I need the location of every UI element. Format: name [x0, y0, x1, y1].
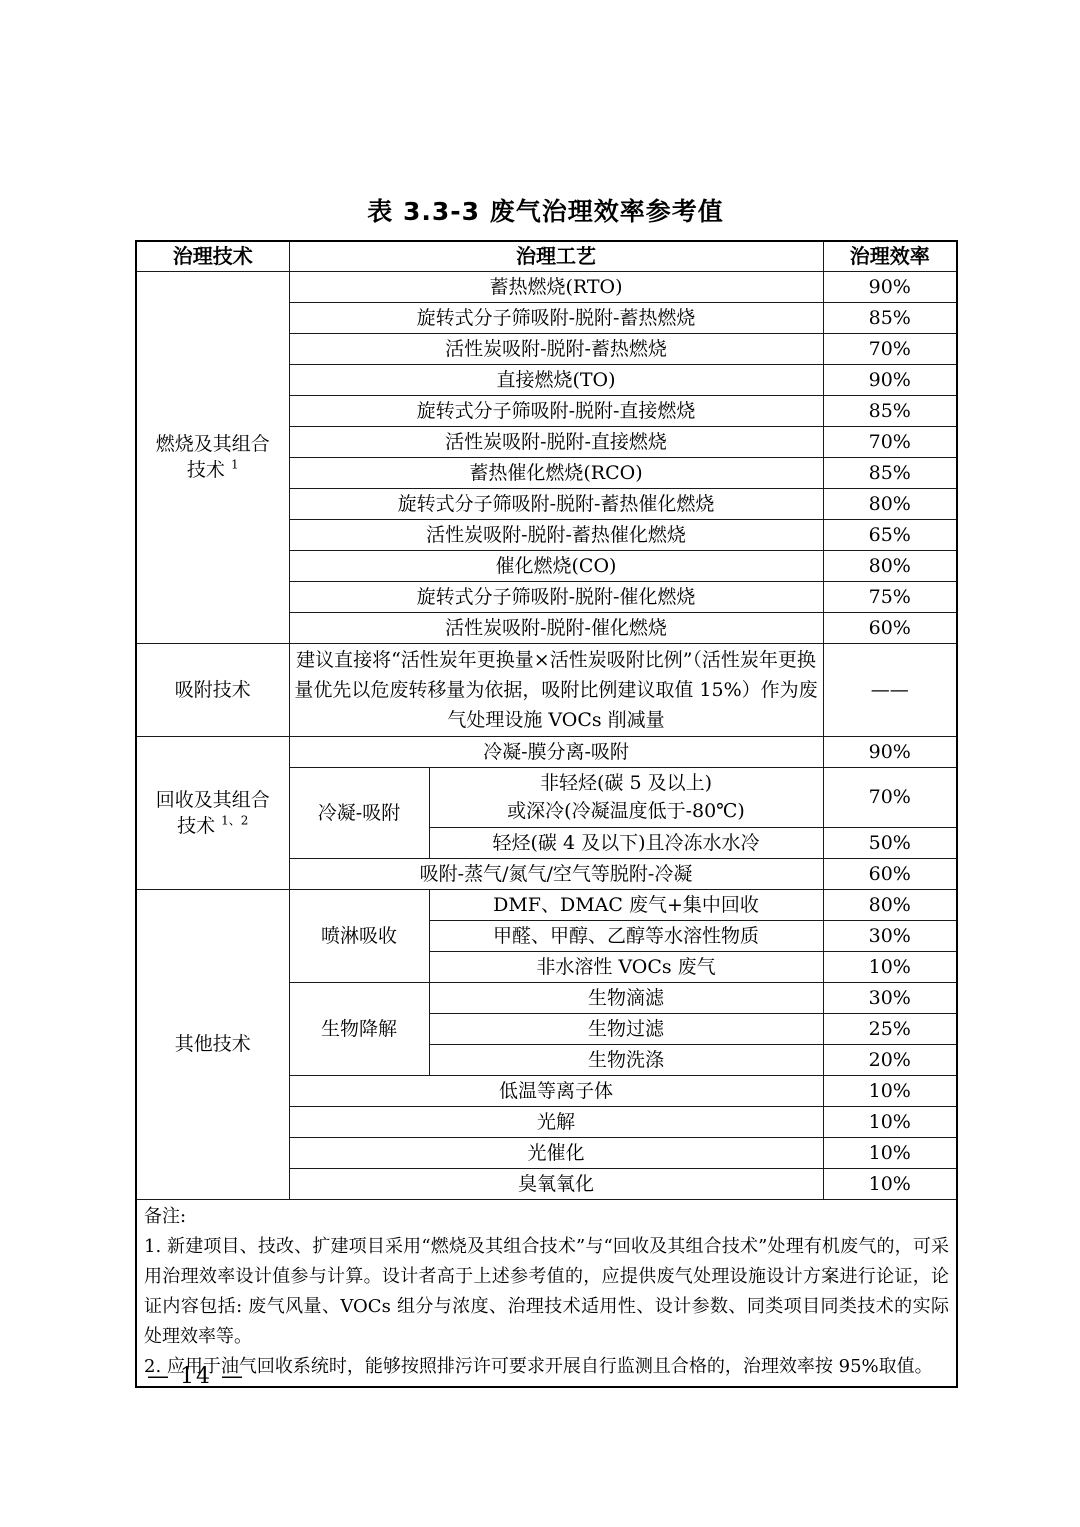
efficiency-cell: 60% — [823, 858, 957, 889]
col-header-efficiency: 治理效率 — [823, 241, 957, 271]
notes-label: 备注: — [144, 1202, 949, 1232]
process-cell: 旋转式分子筛吸附-脱附-催化燃烧 — [289, 581, 823, 612]
efficiency-cell: 20% — [823, 1044, 957, 1075]
process-cell: 冷凝-膜分离-吸附 — [289, 736, 823, 767]
efficiency-cell: 90% — [823, 736, 957, 767]
process-cell: DMF、DMAC 废气+集中回收 — [429, 889, 823, 920]
table-row: 燃烧及其组合 技术 1 蓄热燃烧(RTO) 90% — [136, 271, 957, 302]
page-content: 表 3.3-3 废气治理效率参考值 治理技术 治理工艺 治理效率 燃烧及其组合 … — [135, 198, 956, 1388]
efficiency-cell: 80% — [823, 488, 957, 519]
document-page: { "title": "表 3.3-3 废气治理效率参考值", "table":… — [0, 0, 1080, 1527]
efficiency-cell: 85% — [823, 457, 957, 488]
process-cell: 生物过滤 — [429, 1013, 823, 1044]
process-cell: 旋转式分子筛吸附-脱附-蓄热燃烧 — [289, 302, 823, 333]
note-item-2: 2. 应用于油气回收系统时，能够按照排污许可要求开展自行监测且合格的，治理效率按… — [144, 1352, 949, 1382]
efficiency-cell: 85% — [823, 395, 957, 426]
process-cell: 蓄热催化燃烧(RCO) — [289, 457, 823, 488]
efficiency-cell: 10% — [823, 1168, 957, 1199]
tech-group-combustion: 燃烧及其组合 技术 1 — [136, 271, 289, 643]
process-cell: 臭氧氧化 — [289, 1168, 823, 1199]
process-cell: 蓄热燃烧(RTO) — [289, 271, 823, 302]
process-cell: 催化燃烧(CO) — [289, 550, 823, 581]
col-header-process: 治理工艺 — [289, 241, 823, 271]
page-number: — 14 — — [147, 1364, 245, 1389]
table-row: 其他技术 喷淋吸收 DMF、DMAC 废气+集中回收 80% — [136, 889, 957, 920]
footnote-ref: 1 — [231, 458, 239, 472]
table-title: 表 3.3-3 废气治理效率参考值 — [135, 198, 956, 226]
process-cell: 生物滴滤 — [429, 982, 823, 1013]
process-subgroup-bio: 生物降解 — [289, 982, 429, 1075]
efficiency-cell: 65% — [823, 519, 957, 550]
efficiency-cell: 80% — [823, 889, 957, 920]
process-cell: 活性炭吸附-脱附-直接燃烧 — [289, 426, 823, 457]
efficiency-cell: 60% — [823, 612, 957, 643]
footnote-ref: 1、2 — [221, 813, 248, 827]
process-cell: 吸附-蒸气/氮气/空气等脱附-冷凝 — [289, 858, 823, 889]
process-cell: 光解 — [289, 1106, 823, 1137]
tech-group-adsorption: 吸附技术 — [136, 643, 289, 736]
notes-cell: 备注: 1. 新建项目、技改、扩建项目采用“燃烧及其组合技术”与“回收及其组合技… — [136, 1199, 957, 1387]
process-cell: 活性炭吸附-脱附-蓄热燃烧 — [289, 333, 823, 364]
efficiency-cell: 90% — [823, 364, 957, 395]
notes-row: 备注: 1. 新建项目、技改、扩建项目采用“燃烧及其组合技术”与“回收及其组合技… — [136, 1199, 957, 1387]
process-cell: 生物洗涤 — [429, 1044, 823, 1075]
process-cell: 建议直接将“活性炭年更换量×活性炭吸附比例”（活性炭年更换量优先以危废转移量为依… — [289, 643, 823, 736]
process-cell: 非轻烃(碳 5 及以上) 或深冷(冷凝温度低于-80℃) — [429, 767, 823, 827]
process-cell: 甲醛、甲醇、乙醇等水溶性物质 — [429, 920, 823, 951]
efficiency-cell: 70% — [823, 426, 957, 457]
tech-group-label-line1: 燃烧及其组合 — [141, 431, 285, 457]
process-subgroup-spray: 喷淋吸收 — [289, 889, 429, 982]
efficiency-cell: 30% — [823, 982, 957, 1013]
efficiency-cell: 10% — [823, 1075, 957, 1106]
efficiency-cell: 75% — [823, 581, 957, 612]
efficiency-cell: 10% — [823, 1137, 957, 1168]
table-header-row: 治理技术 治理工艺 治理效率 — [136, 241, 957, 271]
efficiency-cell: 10% — [823, 951, 957, 982]
efficiency-cell: 25% — [823, 1013, 957, 1044]
tech-group-label-line1: 回收及其组合 — [141, 787, 285, 813]
process-cell: 旋转式分子筛吸附-脱附-直接燃烧 — [289, 395, 823, 426]
process-cell: 旋转式分子筛吸附-脱附-蓄热催化燃烧 — [289, 488, 823, 519]
process-cell: 活性炭吸附-脱附-蓄热催化燃烧 — [289, 519, 823, 550]
note-item-1: 1. 新建项目、技改、扩建项目采用“燃烧及其组合技术”与“回收及其组合技术”处理… — [144, 1232, 949, 1352]
process-cell: 光催化 — [289, 1137, 823, 1168]
process-cell: 非水溶性 VOCs 废气 — [429, 951, 823, 982]
efficiency-cell: 10% — [823, 1106, 957, 1137]
tech-group-label-line2: 技术 1 — [141, 457, 285, 483]
col-header-tech: 治理技术 — [136, 241, 289, 271]
process-cell: 直接燃烧(TO) — [289, 364, 823, 395]
efficiency-cell: 30% — [823, 920, 957, 951]
process-cell: 低温等离子体 — [289, 1075, 823, 1106]
efficiency-cell: 70% — [823, 767, 957, 827]
efficiency-cell: 80% — [823, 550, 957, 581]
efficiency-cell: 70% — [823, 333, 957, 364]
process-cell: 轻烃(碳 4 及以下)且冷冻水水冷 — [429, 827, 823, 858]
tech-group-other: 其他技术 — [136, 889, 289, 1199]
table-row: 回收及其组合 技术 1、2 冷凝-膜分离-吸附 90% — [136, 736, 957, 767]
table-row: 吸附技术 建议直接将“活性炭年更换量×活性炭吸附比例”（活性炭年更换量优先以危废… — [136, 643, 957, 736]
process-subgroup-condensation-adsorption: 冷凝-吸附 — [289, 767, 429, 858]
efficiency-cell: 90% — [823, 271, 957, 302]
tech-group-label-line2: 技术 1、2 — [141, 813, 285, 839]
tech-group-recovery: 回收及其组合 技术 1、2 — [136, 736, 289, 889]
efficiency-cell: 85% — [823, 302, 957, 333]
efficiency-cell: —— — [823, 643, 957, 736]
process-cell: 活性炭吸附-脱附-催化燃烧 — [289, 612, 823, 643]
efficiency-cell: 50% — [823, 827, 957, 858]
efficiency-table: 治理技术 治理工艺 治理效率 燃烧及其组合 技术 1 蓄热燃烧(RTO) 90%… — [135, 240, 958, 1388]
